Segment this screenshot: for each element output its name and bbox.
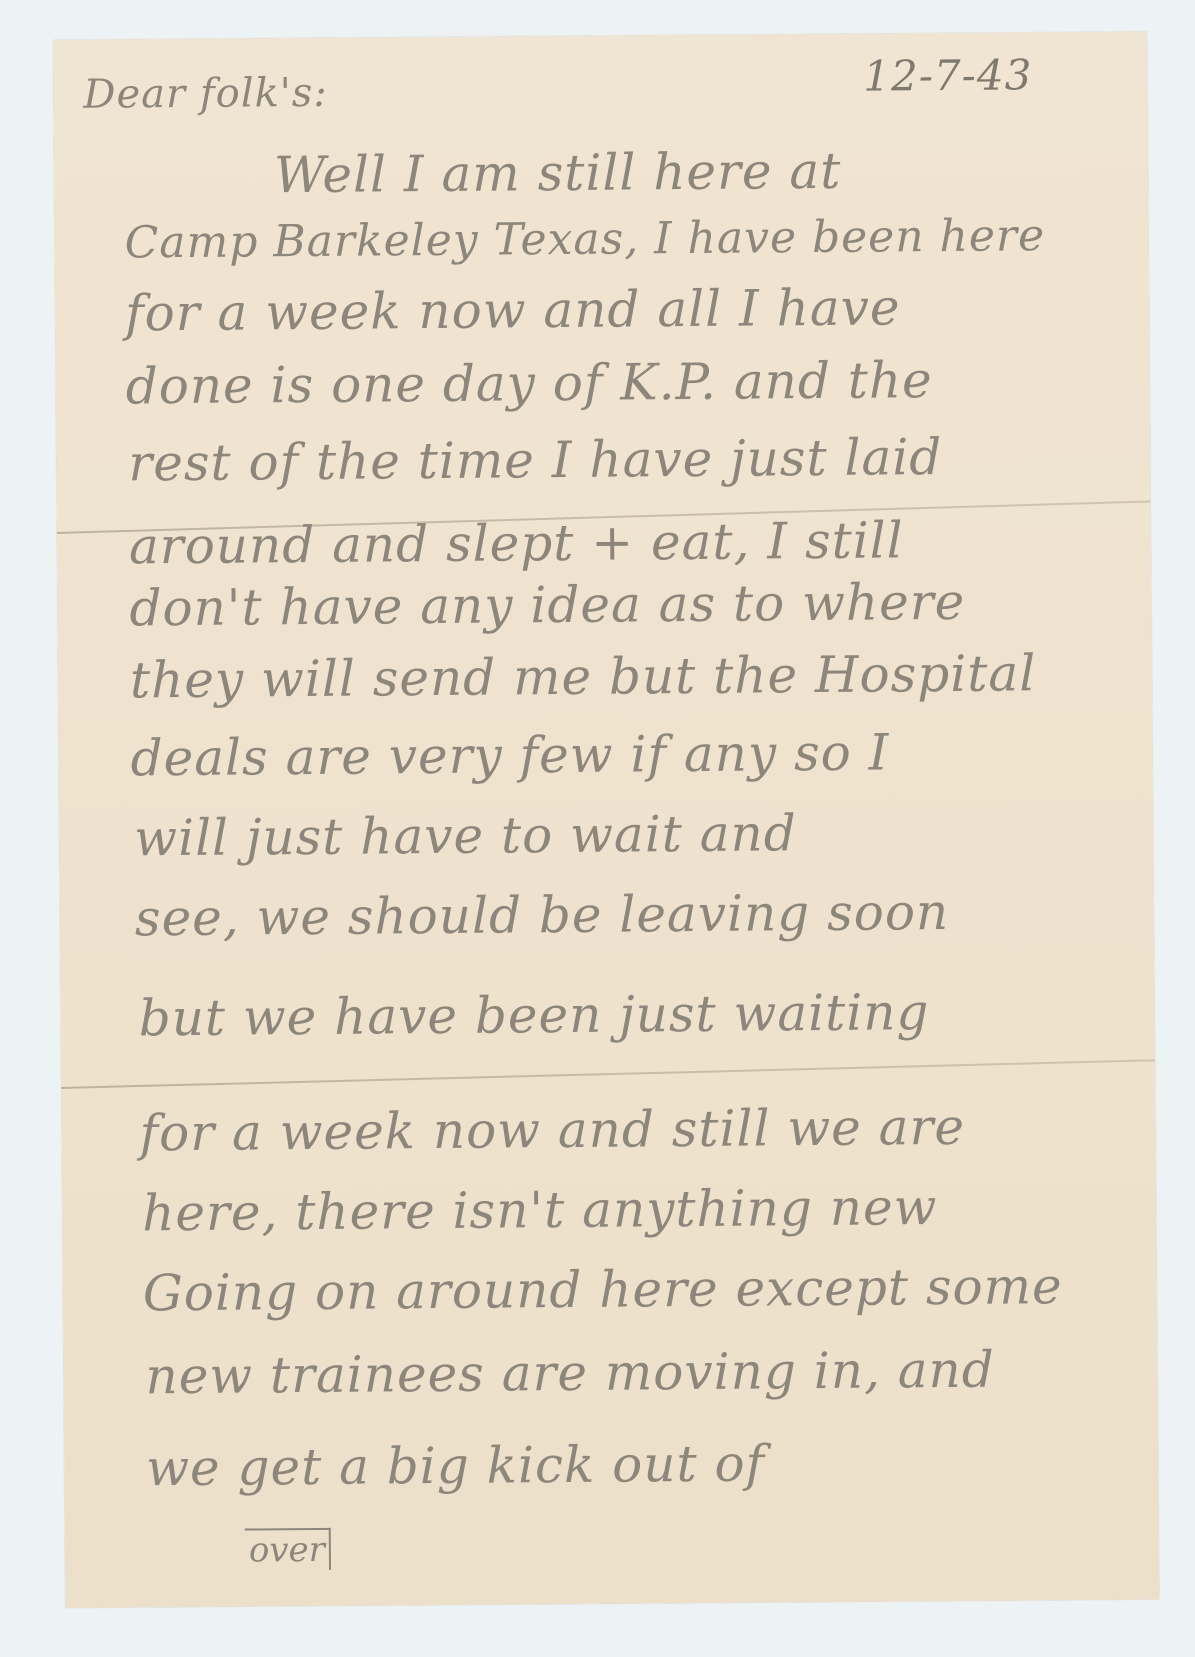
salutation: Dear folk's: [83,70,328,118]
letter-line-5: rest of the time I have just laid [128,428,942,492]
fold-line-lower [61,1059,1155,1089]
over-continuation-mark: over [245,1528,331,1571]
letter-line-6: around and slept + eat, I still [129,511,904,575]
letter-line-8: they will send me but the Hospital [130,644,1037,709]
letter-line-4: done is one day of K.P. and the [125,351,932,415]
letter-line-3: for a week now and all I have [125,278,901,342]
letter-line-11: see, we should be leaving soon [135,883,950,947]
background-bleed-through [0,720,50,1020]
letter-line-15: Going on around here except some [143,1257,1063,1322]
letter-line-17: we get a big kick out of [146,1434,765,1497]
letter-line-1: Well I am still here at [274,142,842,204]
letter-line-12: but we have been just waiting [138,983,929,1047]
letter-line-16: new trainees are moving in, and [145,1341,995,1406]
letter-line-10: will just have to wait and [134,804,797,867]
letter-date: 12-7-43 [863,50,1032,100]
letter-line-7: don't have any idea as to where [129,573,965,638]
letter-line-13: for a week now and still we are [139,1098,965,1162]
letter-page: Dear folk's: 12-7-43 Well I am still her… [53,31,1159,1608]
letter-line-9: deals are very few if any so I [130,723,889,787]
letter-line-14: here, there isn't anything new [142,1178,938,1242]
letter-line-2: Camp Barkeley Texas, I have been here [124,210,1045,268]
